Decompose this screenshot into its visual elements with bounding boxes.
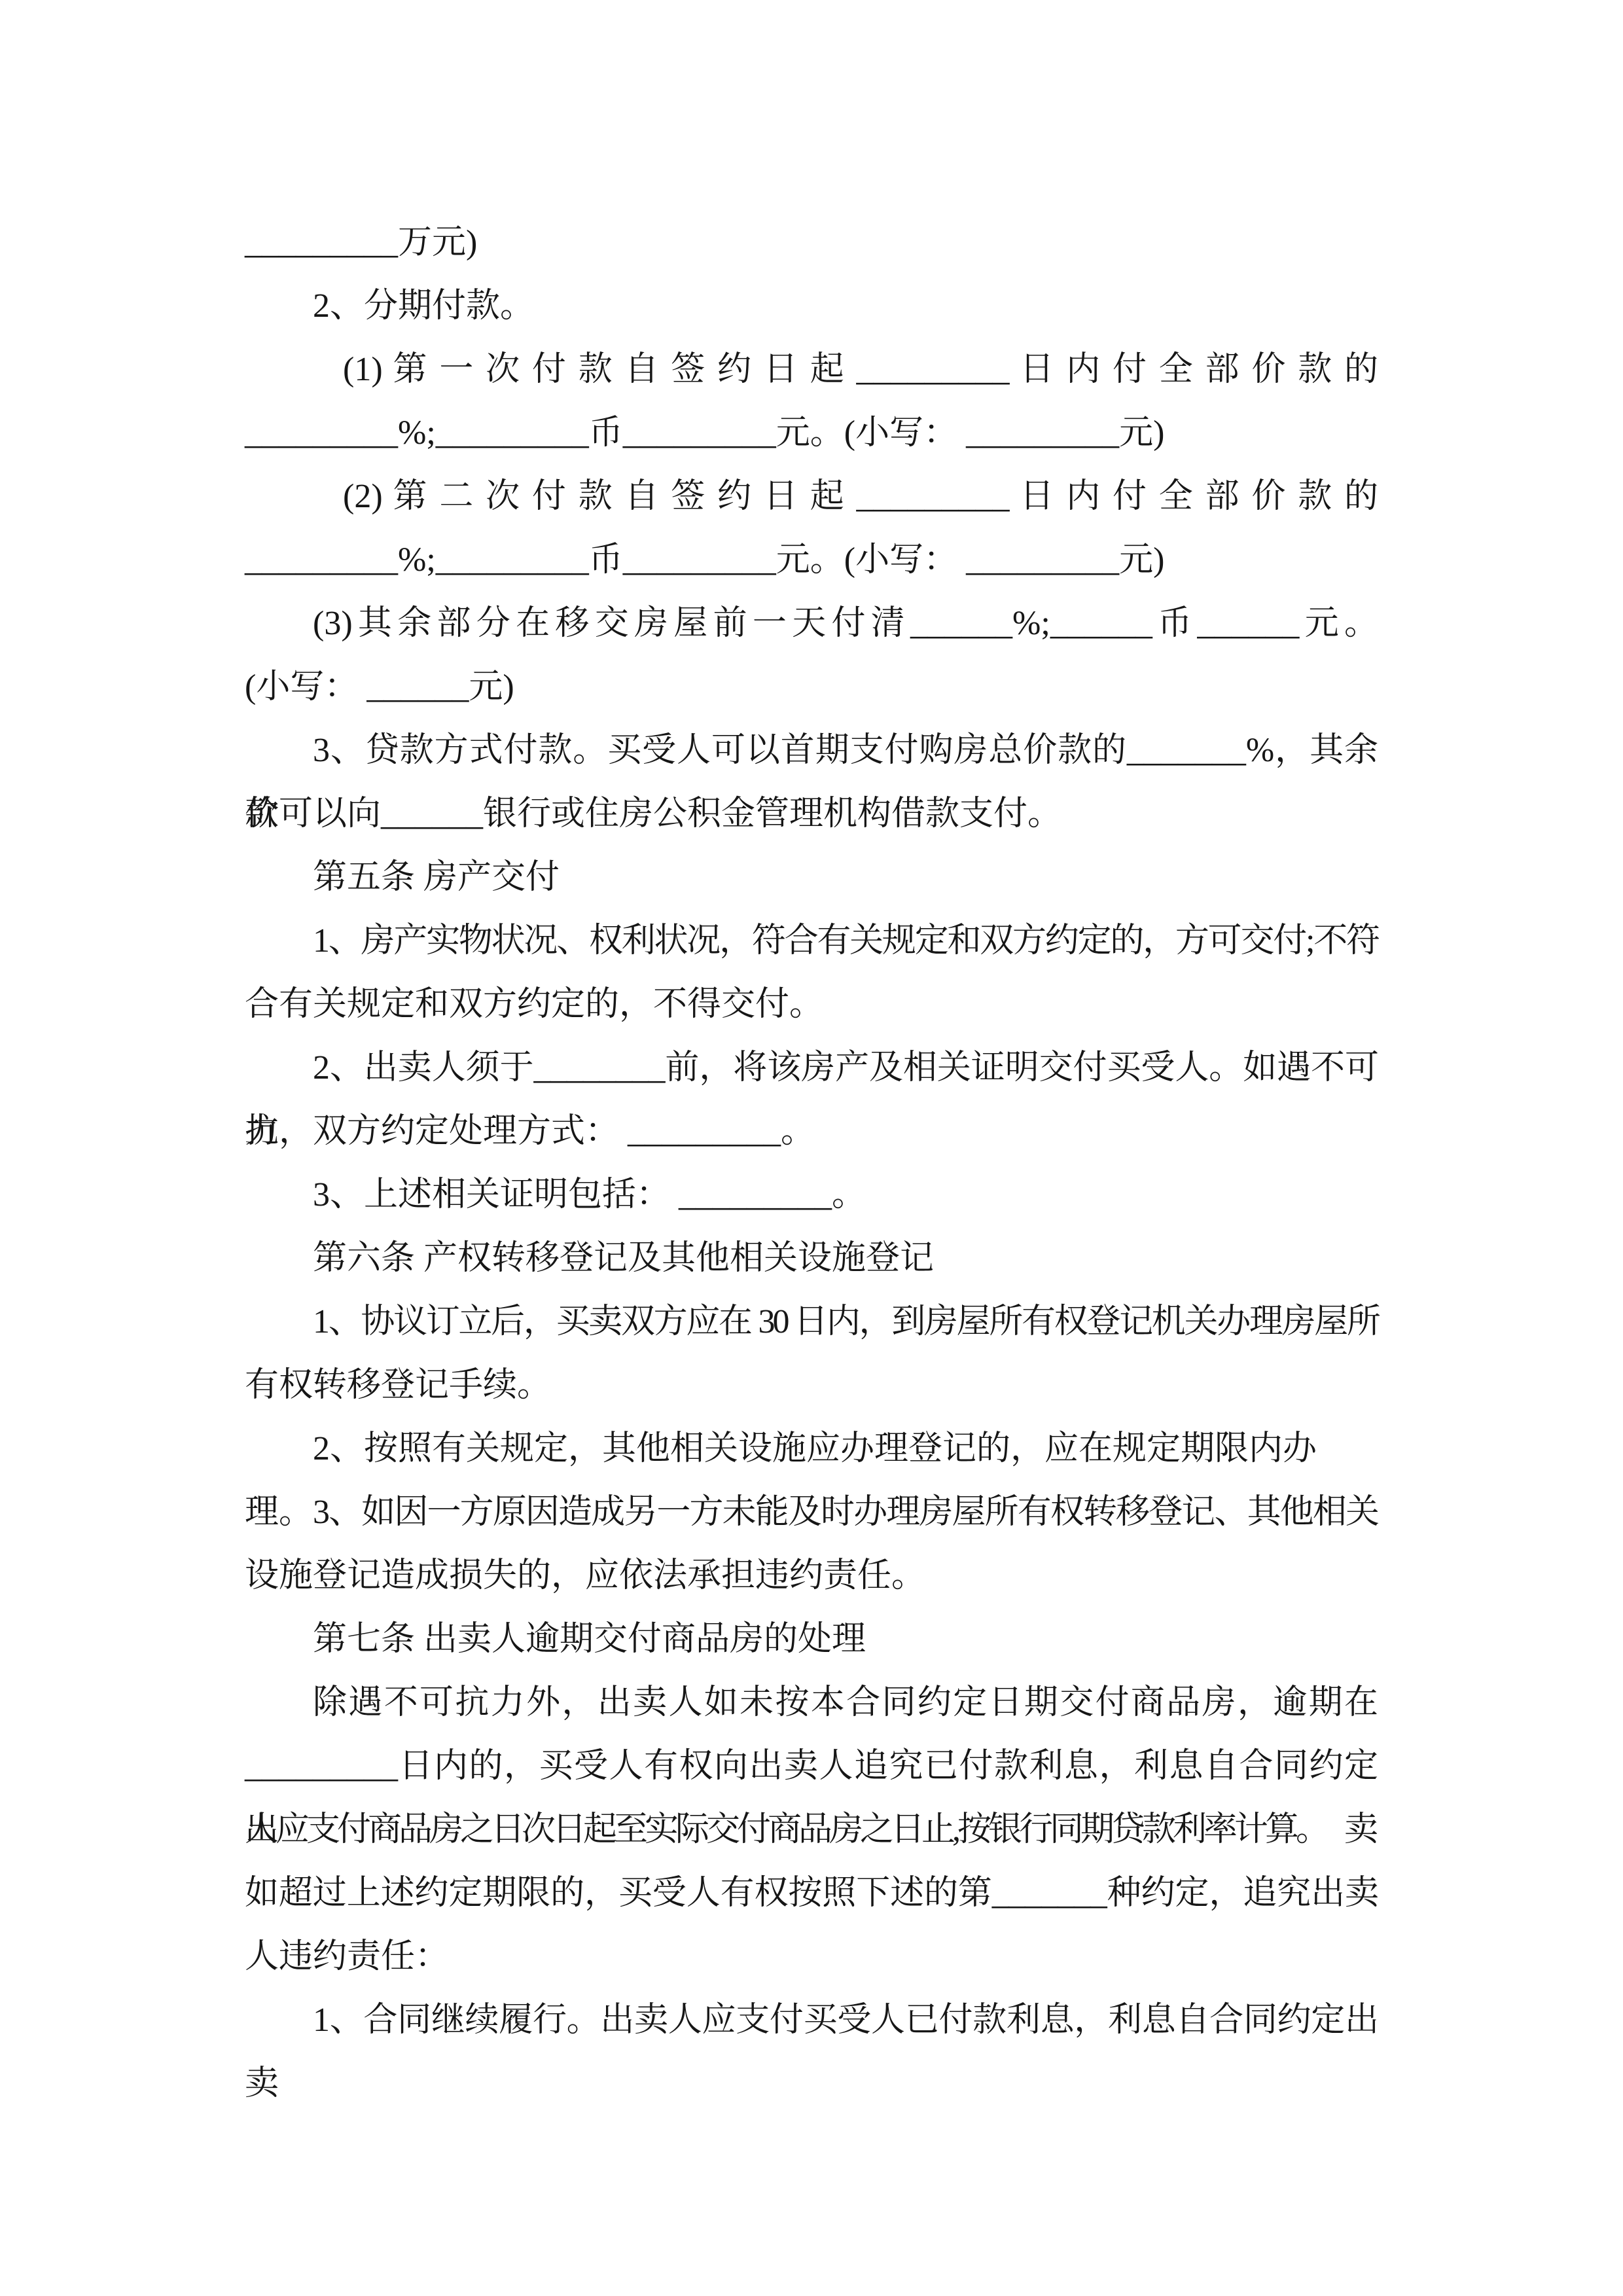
- text-line: _________万元): [245, 211, 1378, 274]
- text-line: _________%;_________币_________元。(小写： ___…: [245, 401, 1378, 465]
- text-line: 款可以向______银行或住房公积金管理机构借款支付。: [245, 782, 1378, 846]
- contract-page: _________万元) 2、分期付款。 (1) 第 一 次 付 款 自 签 约…: [0, 0, 1623, 2296]
- text-line: 1、房产实物状况、权利状况，符合有关规定和双方约定的，方可交付;不符: [245, 909, 1378, 973]
- clause-heading: 第六条 产权转移登记及其他相关设施登记: [245, 1227, 1378, 1290]
- text-line: 除遇不可抗力外，出卖人如未按本合同约定日期交付商品房，逾期在: [245, 1671, 1378, 1734]
- text-line: 3、上述相关证明包括： _________。: [245, 1163, 1378, 1227]
- text-line: (2) 第 二 次 付 款 自 签 约 日 起 _________ 日 内 付 …: [245, 465, 1378, 528]
- text-line: (小写： ______元): [245, 655, 1378, 719]
- text-line: 2、分期付款。: [245, 274, 1378, 338]
- text-line: 1、协议订立后，买卖双方应在 30 日内，到房屋所有权登记机关办理房屋所: [245, 1290, 1378, 1354]
- text-line: 3、如因一方原因造成另一方未能及时办理房屋所有权转移登记、其他相关: [245, 1480, 1378, 1544]
- text-line: 力，双方约定处理方式： _________。: [245, 1100, 1378, 1163]
- text-line: _________日内的，买受人有权向出卖人追究已付款利息，利息自合同约定出卖: [245, 1734, 1378, 1798]
- text-line: _________%;_________币_________元。(小写： ___…: [245, 528, 1378, 592]
- text-line: (3)其余部分在移交房屋前一天付清______%;______币______元。: [245, 592, 1378, 655]
- text-line: 人违约责任：: [245, 1925, 1378, 1988]
- text-line: 人应支付商品房之日次日起至实际交付商品房之日止,按银行同期贷款利率计算。: [245, 1798, 1378, 1861]
- text-line: 有权转移登记手续。: [245, 1354, 1378, 1417]
- text-line: 2、按照有关规定，其他相关设施应办理登记的，应在规定期限内办理。: [245, 1417, 1378, 1480]
- clause-heading: 第七条 出卖人逾期交付商品房的处理: [245, 1607, 1378, 1671]
- text-line: 设施登记造成损失的，应依法承担违约责任。: [245, 1544, 1378, 1607]
- text-line: 3、贷款方式付款。买受人可以首期支付购房总价款的_______%，其余价: [245, 719, 1378, 782]
- text-line: 如超过上述约定期限的，买受人有权按照下述的第_______种约定，追究出卖: [245, 1861, 1378, 1925]
- text-line: 2、出卖人须于________前，将该房产及相关证明交付买受人。如遇不可抗: [245, 1036, 1378, 1100]
- text-line: 1、合同继续履行。出卖人应支付买受人已付款利息，利息自合同约定出卖: [245, 1988, 1378, 2052]
- text-line: (1) 第 一 次 付 款 自 签 约 日 起 _________ 日 内 付 …: [245, 338, 1378, 401]
- text-line: 合有关规定和双方约定的，不得交付。: [245, 973, 1378, 1036]
- clause-heading: 第五条 房产交付: [245, 846, 1378, 909]
